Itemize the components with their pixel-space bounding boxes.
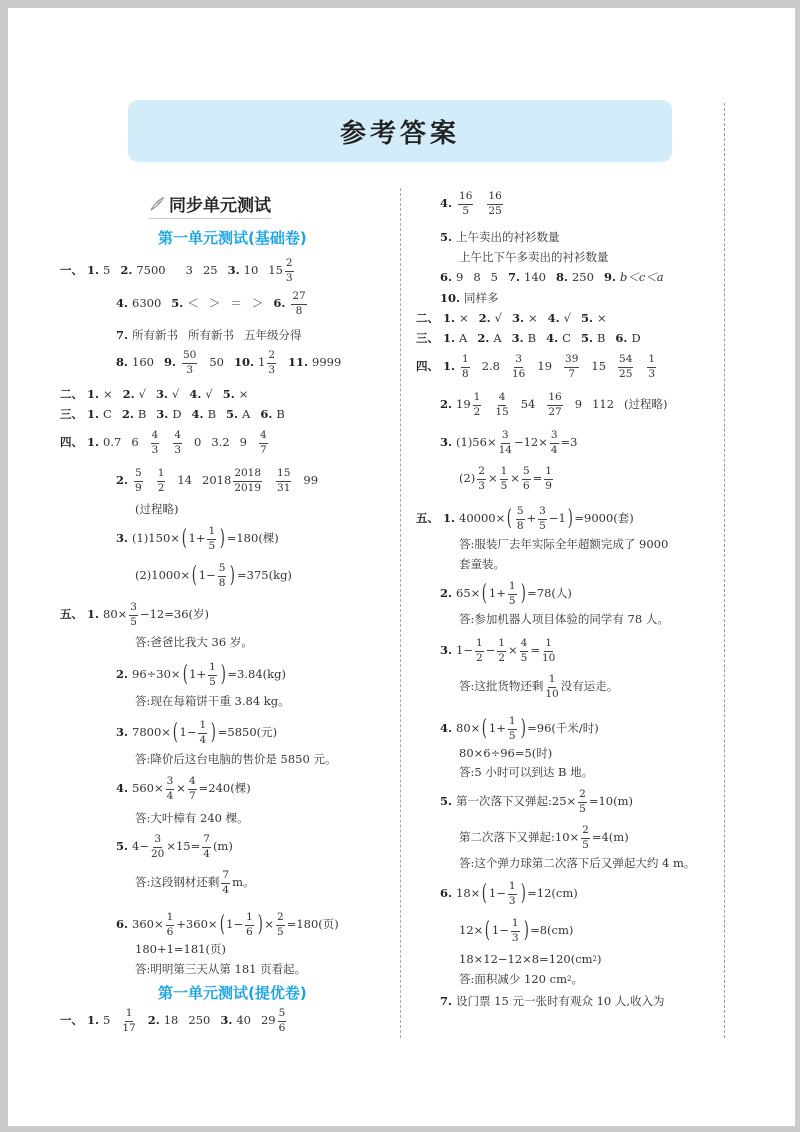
left-p5-q3: 3. 7800×(1− 14)=5850(元) [116,720,277,746]
q-num: 10. [234,357,254,369]
answer: 9999 [312,357,341,369]
fraction: 316 [512,354,525,380]
answer: 29 [261,1015,276,1027]
fraction: 59 [134,468,143,494]
left-p1-line2: 4.6300 5.＜＞＝＞ 6. 278 [116,291,309,317]
expr: 560× [132,783,164,795]
answer: ＜ [187,298,199,310]
right-q5-line1: 5.上午卖出的衬衫数量 [440,232,560,244]
expr: × [264,919,274,931]
expr: ) [597,954,602,966]
expr: 96÷30× [132,669,181,681]
answer: ＝ [230,298,242,310]
expr: 12× [459,925,483,937]
left-p4-line3: 3. (1)150×(1+ 15)=180(棵) [116,526,279,552]
q-num: 4. [116,298,128,310]
expr: +360× [176,919,217,931]
right-p5-q5-line2: 第二次落下又弹起:10× 25 =4(m) [459,825,629,851]
expr: (1)56× [456,437,497,449]
fraction: 58 [218,563,227,589]
answer: 上午卖出的衬衫数量 [456,232,560,244]
answer: B [528,333,536,345]
fraction: 415 [495,392,508,418]
answer: × [528,313,538,325]
right-p4-line1: 四、 1. 18 2.8 316 19 397 15 5425 13 [416,354,658,380]
left-p5-q6: 6. 360× 16 +360×(1− 16)× 25 =180(页) [116,912,339,938]
answer: 2.8 [482,361,500,373]
answer: 54 [521,399,536,411]
left-p4-line2: 2. 59 12 142018 20182019 1531 99 [116,468,318,494]
answer: A [242,409,250,421]
q-num: 11. [288,357,308,369]
answer: D [172,409,181,421]
right-p5-q7: 7.设门票 15 元一张时有观众 10 人,收入为 [440,996,665,1008]
expr: =180(棵) [227,533,279,545]
q-num: 1. [87,409,99,421]
left-p5-q5-answer: 答:这段钢材还剩 74 m。 [135,870,254,896]
left-p5-q5: 5. 4− 320 ×15= 74 (m) [116,834,233,860]
q-num: 3. [512,313,524,325]
q-num: 3. [440,645,452,657]
answer: 250 [188,1015,210,1027]
expr: 1+ [489,723,506,735]
answer: 9 [456,272,463,284]
q-num: 3. [116,533,128,545]
expr: × [510,473,520,485]
fraction: 110 [545,674,558,700]
answer: 250 [572,272,594,284]
left-p5-q1-answer: 答:爸爸比我大 36 岁。 [135,637,253,649]
answer: 10 [244,265,259,277]
q-num: 2. [116,475,128,487]
expr: =78(人) [527,588,572,600]
q-num: 5. [226,409,238,421]
fraction: 19 [544,466,553,492]
answer: B [597,333,605,345]
answer: A [459,333,467,345]
left-p5-q6-answer: 答:明明第三天从第 181 页看起。 [135,964,306,976]
expr: 1− [226,919,243,931]
right-p5-q2-answer: 答:参加机器人项目体验的同学有 78 人。 [459,614,669,626]
fraction: 13 [647,354,656,380]
answer: C [103,409,112,421]
q-num: 9. [604,272,616,284]
expr: 1− [489,888,506,900]
q-num: 5. [581,313,593,325]
section-heading: 同步单元测试 [148,191,271,219]
fraction: 25 [581,825,590,851]
expr: × [176,783,186,795]
answer: 99 [303,475,318,487]
fraction: 15 [508,716,517,742]
q-num: 5. [440,796,452,808]
q-num: 6. [440,272,452,284]
answer-page: 参考答案 同步单元测试 第一单元测试(基础卷) 一、 1.5 2.7500 32… [8,8,795,1126]
title-banner: 参考答案 [128,100,672,162]
answer: B [208,409,216,421]
q-num: 6. [615,333,627,345]
expr: 360× [132,919,164,931]
right-q4: 4. 165 1625 [440,191,505,217]
left-p4-line1: 四、 1. 0.76 43 43 03.29 47 [60,430,270,456]
fraction: 13 [508,881,517,907]
left-p1-line3: 7.所有新书 所有新书五年级分得 [116,330,302,342]
expr: =3 [561,437,578,449]
q-num: 3. [440,437,452,449]
right-p5-q6-line3: 18×12−12×8=120(cm2) [459,954,602,966]
answer: √ [139,389,146,401]
fraction: 25 [276,912,285,938]
answer: 5 [491,272,498,284]
part-label: 三、 [416,333,439,345]
right-p5-q4-answer: 答:5 小时可以到达 B 地。 [459,767,593,779]
fraction: 320 [151,834,164,860]
answer-text: 。 [571,974,583,986]
right-q5-line2: 上午比下午多卖出的衬衫数量 [459,252,609,264]
fraction: 34 [166,776,175,802]
q-num: 4. [192,409,204,421]
fraction: 56 [522,466,531,492]
q-num: 3. [512,333,524,345]
q-num: 1. [443,313,455,325]
q-num: 4. [546,333,558,345]
expr: 第二次落下又弹起:10× [459,832,579,844]
q-num: 5. [223,389,235,401]
fraction: 5425 [618,354,633,380]
q-num: 4. [440,198,452,210]
answer: 6 [131,437,138,449]
part-label: 五、 [60,609,83,621]
expr: =180(页) [287,919,339,931]
expr: 18× [456,888,480,900]
right-p5-q6-line1: 6. 18×(1− 13)=12(cm) [440,881,578,907]
q-num: 2. [123,389,135,401]
q-num: 2. [120,265,132,277]
answer: × [597,313,607,325]
fraction: 18 [461,354,470,380]
page-title: 参考答案 [340,113,460,150]
fraction: 34 [550,430,559,456]
answer-text: 设门票 15 元一张时有观众 10 人,收入为 [456,996,665,1008]
fraction: 43 [151,430,160,456]
answer: 19 [537,361,552,373]
q-num: 3. [156,409,168,421]
fraction: 12 [157,468,166,494]
expr: × [488,473,498,485]
part-label: 二、 [416,313,439,325]
expr: 65× [456,588,480,600]
left-p5-q6-line2: 180+1=181(页) [135,944,226,956]
answer-text: 答:面积减少 120 cm [459,974,567,986]
expr: = [533,473,543,485]
answer: 6300 [132,298,161,310]
expr: 1+ [189,669,206,681]
answer: 0.7 [103,437,121,449]
expr: 1+ [189,533,206,545]
q-num: 7. [440,996,452,1008]
left-p5-q1: 五、 1. 80× 35 −12=36(岁) [60,602,209,628]
answer: A [493,333,501,345]
section-title: 同步单元测试 [169,191,271,216]
part-label: 二、 [60,389,83,401]
fraction: 45 [520,638,529,664]
expr: + [527,513,537,525]
expr: 18×12−12×8=120(cm [459,954,593,966]
q-num: 1. [87,609,99,621]
right-q6-9: 6.985 7.140 8.250 9.b＜c＜a [440,272,664,284]
rocket-icon [148,195,166,213]
fraction: 503 [182,350,197,376]
expr: =9000(套) [574,513,633,525]
expr: = [530,645,540,657]
part-label: 五、 [416,513,439,525]
expr: × [508,645,518,657]
left-p4-note: (过程略) [135,504,178,516]
answer-text: m。 [232,877,254,889]
q-num: 2. [479,313,491,325]
answer: 8 [473,272,480,284]
q-num: 3. [220,1015,232,1027]
answer: ＞ [209,298,221,310]
expr: −12=36(岁) [140,609,209,621]
answer: 2018 [202,475,231,487]
fraction: 20182019 [233,468,262,494]
answer: 112 [592,399,614,411]
fraction: 74 [202,834,211,860]
q-num: 4. [548,313,560,325]
q-num: 6. [440,888,452,900]
answer-text: 答:这批货物还剩 [459,681,543,693]
q-num: 2. [116,669,128,681]
answer: 14 [177,475,192,487]
right-p5-q2: 2. 65×(1+ 15)=78(人) [440,581,572,607]
right-p5-q3-answer: 答:这批货物还剩 110 没有运走。 [459,674,618,700]
answer: B [276,409,284,421]
fraction: 15 [207,526,216,552]
fraction: 56 [278,1008,287,1034]
answer-text: 没有运走。 [561,681,619,693]
expr: 1+ [489,588,506,600]
right-p5-q4: 4. 80×(1+ 15)=96(千米/时) [440,716,599,742]
q-num: 4. [116,783,128,795]
answer: × [459,313,469,325]
fraction: 165 [458,191,473,217]
answer: 50 [209,357,224,369]
answer: 所有新书 [188,330,234,342]
right-p4-line3: 3. (1)56× 314 −12× 34 =3 [440,430,578,456]
q-num: 2. [440,588,452,600]
fraction: 314 [499,430,512,456]
right-p5-q5-answer: 答:这个弹力球第二次落下后又弹起大约 4 m。 [459,858,695,870]
q-num: 1. [87,437,99,449]
answer: 5 [103,265,110,277]
answer: 9 [575,399,582,411]
right-p5-q1-answer: 答:服装厂去年实际全年超额完成了 9000 [459,539,668,551]
expr: =375(kg) [237,570,292,582]
answer: 所有新书 [132,330,178,342]
expr: 1− [199,570,216,582]
right-p5-q5-line1: 5. 第一次落下又弹起:25× 25 =10(m) [440,789,633,815]
right-p5-q3: 3. 1− 12 − 12 × 45 = 110 [440,638,557,664]
q-num: 1. [443,513,455,525]
expr: (2) [459,473,475,485]
expr: =10(m) [589,796,633,808]
q-num: 1. [87,265,99,277]
fraction: 14 [198,720,207,746]
answer: 15 [591,361,606,373]
q-num: 2. [440,399,452,411]
margin-cut-line [724,103,725,1038]
q-num: 1. [443,333,455,345]
fraction: 278 [291,291,306,317]
left-p1-line1: 一、 1.5 2.7500 325 3.10 15 23 [60,258,296,284]
expr: 4− [132,841,149,853]
answer: 25 [203,265,218,277]
fraction: 1625 [487,191,502,217]
expr: (m) [213,841,233,853]
fraction: 47 [188,776,197,802]
part-label: 四、 [60,437,83,449]
expr: −12× [514,437,548,449]
fraction: 74 [221,870,230,896]
fraction: 15 [208,662,217,688]
q-num: 3. [156,389,168,401]
expr: 7800× [132,727,171,739]
expr: ×15= [166,841,200,853]
right-p5-q6-answer: 答:面积减少 120 cm2。 [459,974,583,986]
expr: −1 [549,513,566,525]
expr: 40000× [459,513,505,525]
fraction: 117 [122,1008,135,1034]
fraction: 23 [477,466,486,492]
fraction: 58 [516,506,525,532]
left-p2-line: 二、 1.× 2.√ 3.√ 4.√ 5.× [60,389,248,401]
answer: b＜c＜a [620,272,664,284]
answer: 40 [236,1015,251,1027]
right-p5-q1: 五、 1. 40000×( 58 + 35 −1)=9000(套) [416,506,634,532]
q-num: 5. [581,333,593,345]
q-num: 4. [440,723,452,735]
answer: 18 [164,1015,179,1027]
column-divider [400,188,401,1038]
answer: √ [564,313,571,325]
q-num: 8. [116,357,128,369]
q-num: 6. [273,298,285,310]
right-p5-q4-line2: 80×6÷96=5(时) [459,748,552,760]
expr: 1− [180,727,197,739]
fraction: 25 [578,789,587,815]
fraction: 16 [166,912,175,938]
part-label: 一、 [60,1015,83,1027]
answer: 9 [240,437,247,449]
expr: =12(cm) [527,888,578,900]
answer: 15 [268,265,283,277]
part-label: 四、 [416,361,439,373]
expr: (1)150× [132,533,180,545]
answer: 五年级分得 [244,330,302,342]
left-p4-line4: (2)1000×(1− 58)=375(kg) [135,563,292,589]
expr: =240(棵) [199,783,251,795]
expr: (2)1000× [135,570,190,582]
fraction: 47 [259,430,268,456]
q-num: 2. [122,409,134,421]
left-p1-line4: 8.160 9. 503 50 10.1 23 11.9999 [116,350,341,376]
answer: √ [172,389,179,401]
fraction: 13 [511,918,520,944]
q-num: 7. [508,272,520,284]
q-num: 1. [443,361,455,373]
fraction: 43 [173,430,182,456]
answer: 7500 [136,265,165,277]
fraction: 110 [542,638,555,664]
q-num: 8. [556,272,568,284]
answer: √ [495,313,502,325]
expr: 80× [456,723,480,735]
answer: × [239,389,249,401]
q-num: 4. [189,389,201,401]
note: (过程略) [624,399,667,411]
expr: 1− [456,645,473,657]
expr: − [486,645,496,657]
fraction: 16 [245,912,254,938]
left-p5-q4-answer: 答:大叶樟有 240 棵。 [135,813,249,825]
fraction: 15 [508,581,517,607]
fraction: 12 [475,638,484,664]
q-num: 10. [440,293,460,305]
expr: =4(m) [592,832,629,844]
left-p3-line: 三、 1.C 2.B 3.D 4.B 5.A 6.B [60,409,285,421]
q-num: 5. [171,298,183,310]
answer: 同样多 [464,293,499,305]
answer: ＞ [252,298,264,310]
answer: × [103,389,113,401]
q-num: 3. [116,727,128,739]
subheading-basic: 第一单元测试(基础卷) [158,227,307,248]
answer: 5 [103,1015,110,1027]
left-adv-line1: 一、 1.5 117 2.18250 3.4029 56 [60,1008,288,1034]
answer: C [562,333,571,345]
answer-text: 答:这段钢材还剩 [135,877,219,889]
fraction: 1531 [276,468,291,494]
q-num: 2. [148,1015,160,1027]
answer: √ [205,389,212,401]
expr: 第一次落下又弹起:25× [456,796,576,808]
right-p4-line2: 2. 19 12 415 54 1627 9 112 (过程略) [440,392,668,418]
fraction: 23 [267,350,276,376]
part-label: 一、 [60,265,83,277]
q-num: 5. [440,232,452,244]
q-num: 5. [116,841,128,853]
expr: =5850(元) [218,727,277,739]
expr: =8(cm) [530,925,573,937]
answer: 3.2 [211,437,229,449]
q-num: 2. [477,333,489,345]
subheading-advanced: 第一单元测试(提优卷) [158,982,307,1003]
expr: 80× [103,609,127,621]
right-q10: 10.同样多 [440,293,499,305]
fraction: 1627 [547,392,562,418]
fraction: 12 [497,638,506,664]
expr: =3.84(kg) [227,669,286,681]
fraction: 35 [538,506,547,532]
expr: 1− [492,925,509,937]
answer: 140 [524,272,546,284]
right-p2-line: 二、 1.× 2.√ 3.× 4.√ 5.× [416,313,607,325]
left-p5-q4: 4. 560× 34 × 47 =240(棵) [116,776,251,802]
answer: D [631,333,640,345]
fraction: 23 [285,258,294,284]
q-num: 7. [116,330,128,342]
